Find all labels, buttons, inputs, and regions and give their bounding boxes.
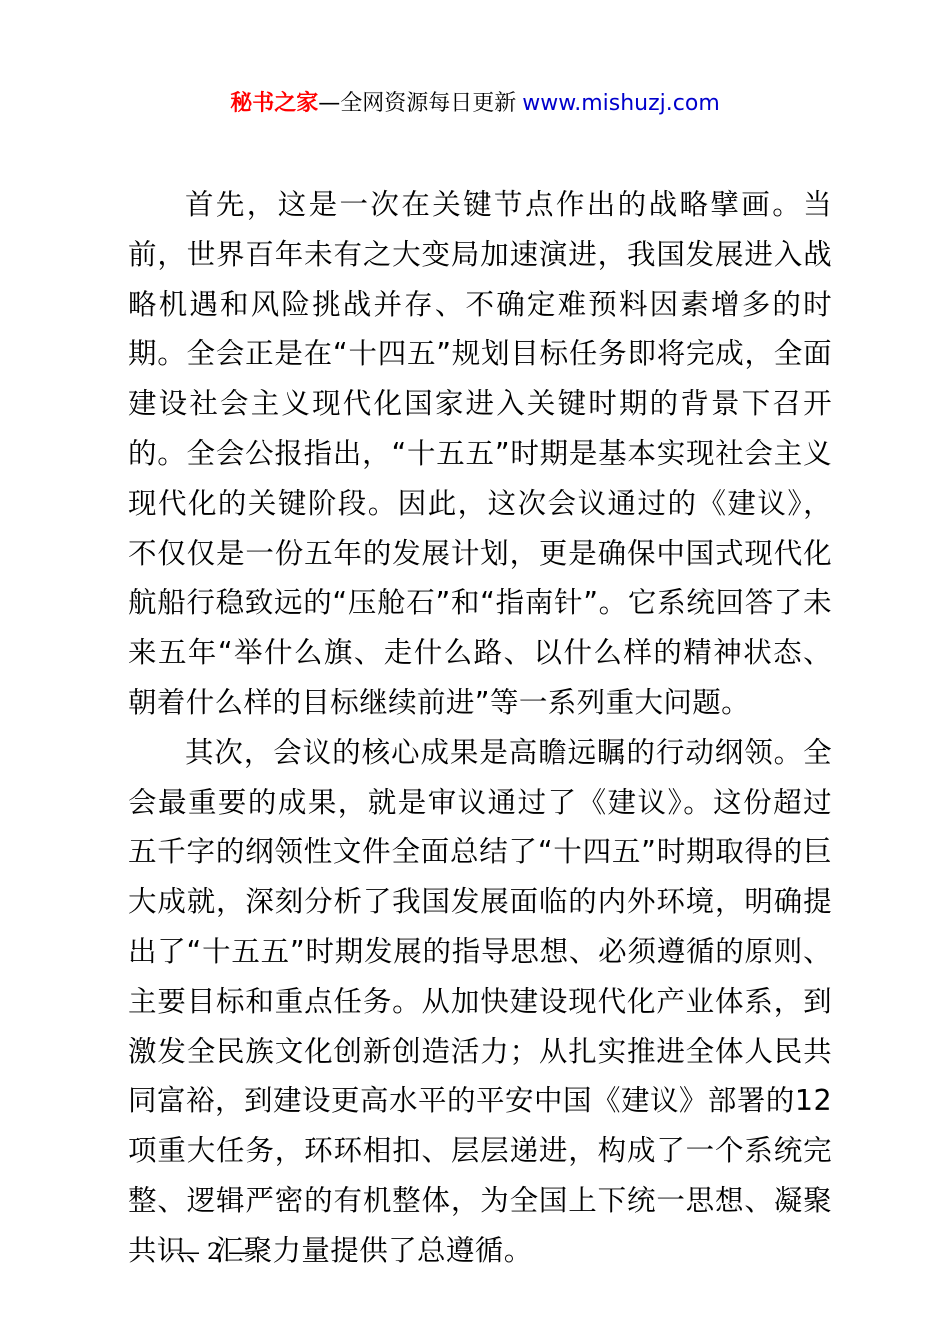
page-number: — 2 —	[178, 1238, 250, 1268]
brand-name: 秘书之家	[230, 91, 318, 116]
banner-tagline: —全网资源每日更新	[318, 91, 516, 116]
document-body: 首先，这是一次在关键节点作出的战略擘画。当前，世界百年未有之大变局加速演进，我国…	[128, 180, 832, 1276]
site-url-link[interactable]: www.mishuzj.com	[522, 91, 719, 116]
paragraph-1: 首先，这是一次在关键节点作出的战略擘画。当前，世界百年未有之大变局加速演进，我国…	[128, 180, 832, 728]
paragraph-2: 其次，会议的核心成果是高瞻远瞩的行动纲领。全会最重要的成果，就是审议通过了《建议…	[128, 728, 832, 1276]
site-banner: 秘书之家—全网资源每日更新www.mishuzj.com	[0, 88, 950, 120]
